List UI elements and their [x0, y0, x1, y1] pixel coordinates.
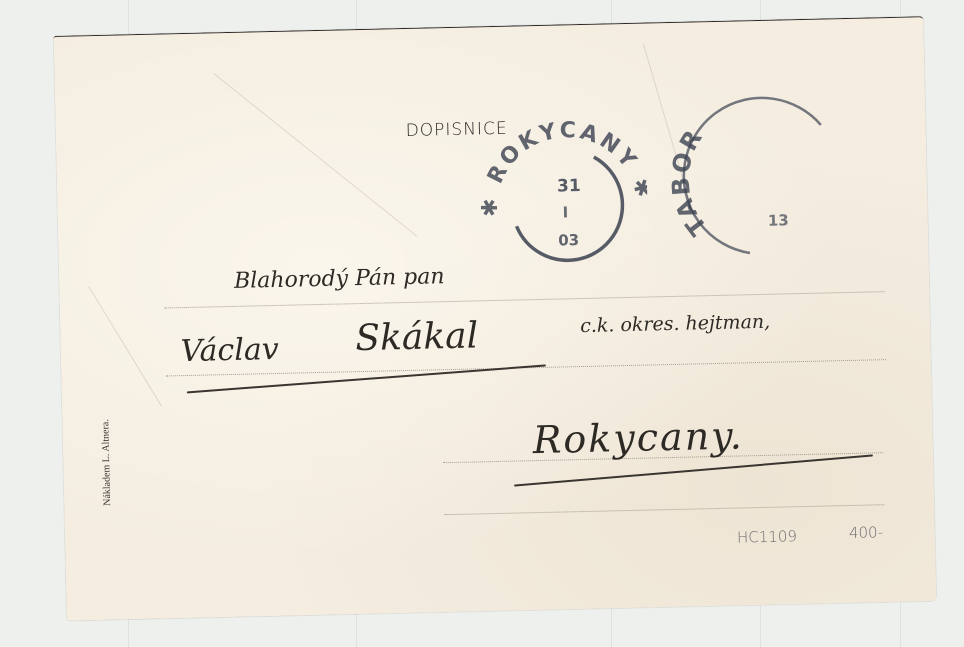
svg-text:TABOR: TABOR	[665, 123, 713, 241]
publisher-imprint: Nákladem L. Altnera.	[100, 419, 113, 506]
tabor-postmark: TABOR 13	[665, 79, 849, 263]
recipient-title: c.k. okres. hejtman,	[580, 311, 770, 337]
catalog-number-note: HC1109	[737, 527, 797, 546]
paper-crease	[88, 286, 162, 406]
recipient-surname: Skákal	[355, 315, 479, 359]
salutation: Blahorodý Pán pan	[234, 264, 445, 294]
rokycany-postmark: ✱ ROKYCANY ✱ 31 I 03	[475, 104, 649, 298]
price-note: 400-	[849, 523, 883, 542]
recipient-first-name: Václav	[180, 332, 279, 369]
postmark-year: 03	[558, 231, 579, 249]
tabor-date-fragment: 13	[768, 211, 789, 229]
paper-crease	[214, 73, 418, 236]
postcard: DOPISNICE Nákladem L. Altnera. Blahorodý…	[53, 16, 936, 621]
postmark-day: 31	[557, 176, 581, 197]
surname-underline	[187, 364, 546, 393]
address-line-4	[444, 504, 884, 515]
tabor-town-text: TABOR	[665, 123, 713, 241]
postmark-month: I	[562, 203, 568, 221]
recipient-city: Rokycany.	[532, 413, 744, 462]
